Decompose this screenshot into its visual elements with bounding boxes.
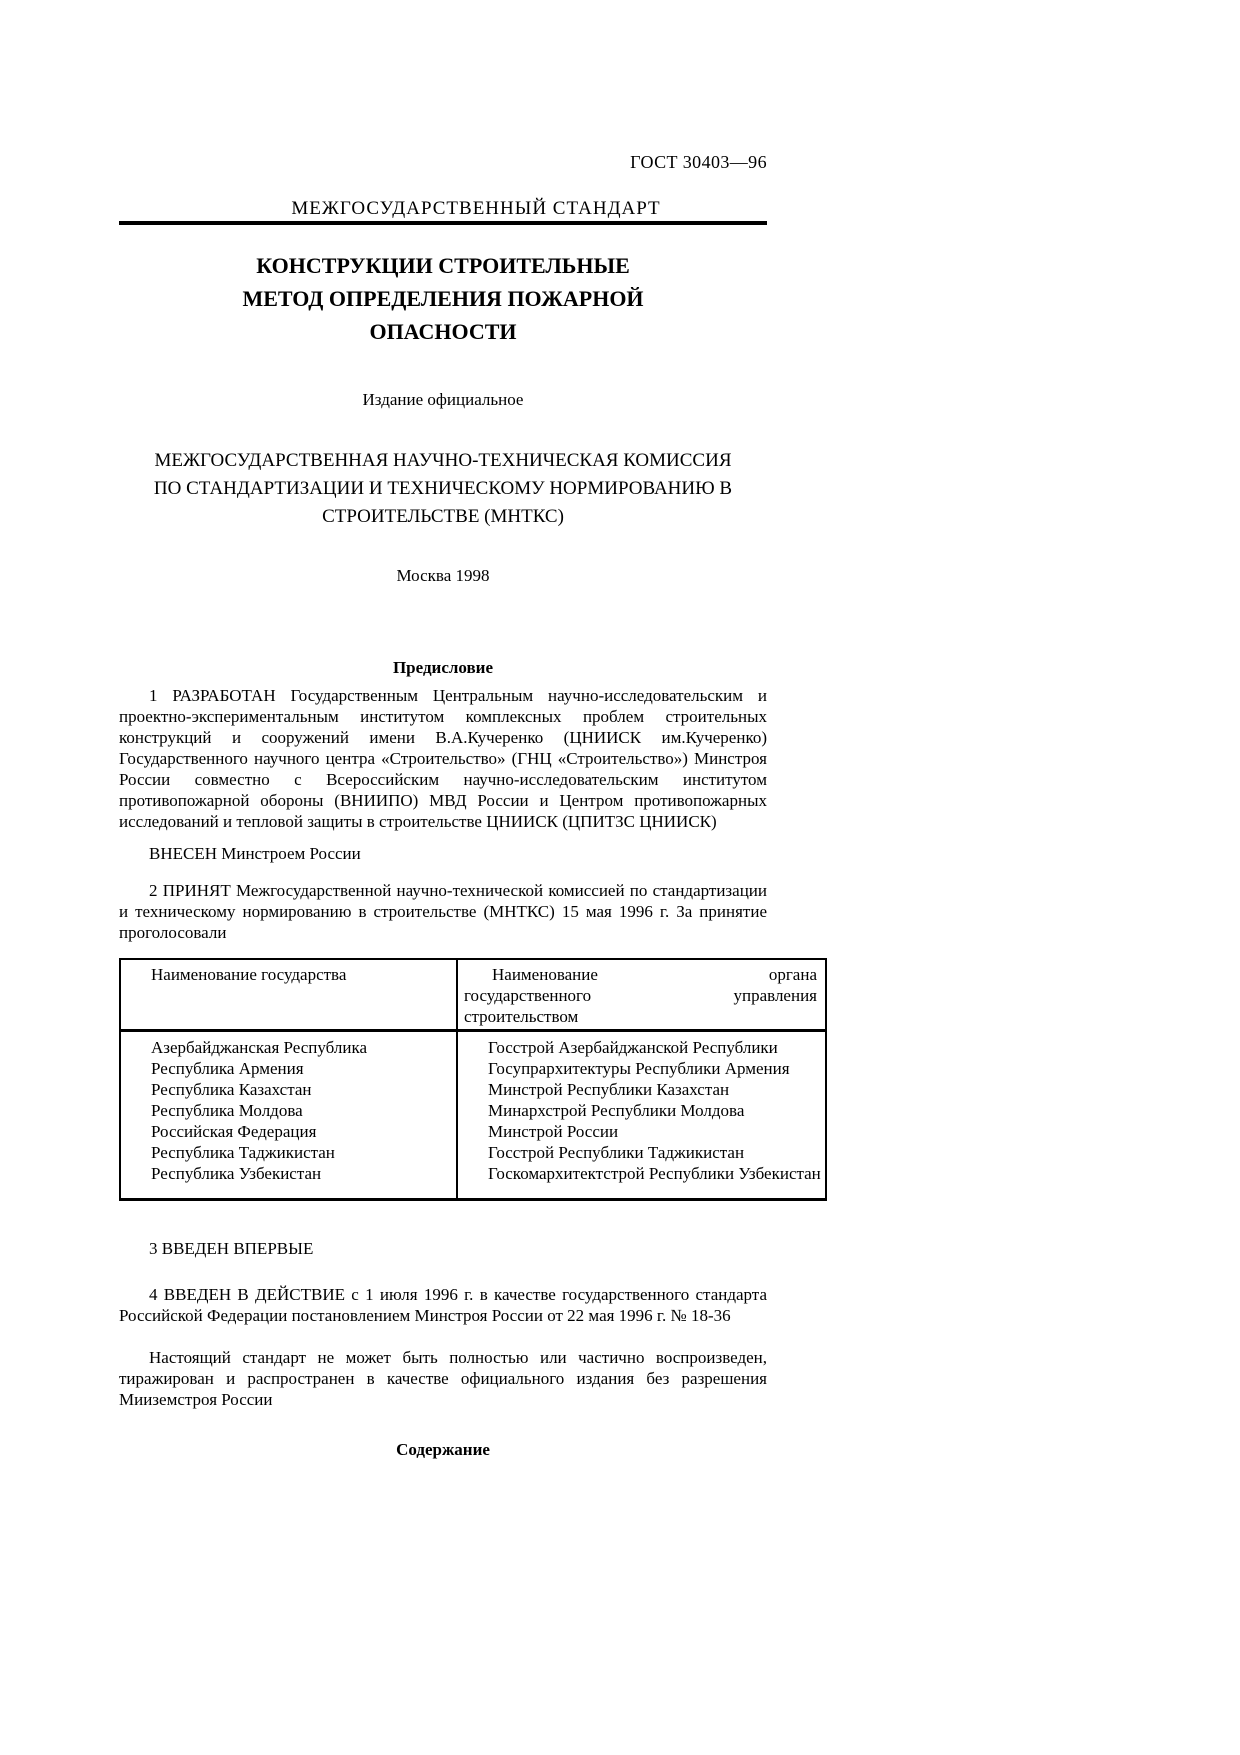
doc-number: ГОСТ 30403—96	[119, 0, 767, 173]
paragraph-developed: 1 РАЗРАБОТАН Государственным Центральным…	[119, 685, 767, 832]
paragraph-effective-date: 4 ВВЕДЕН В ДЕЙСТВИЕ с 1 июля 1996 г. в к…	[119, 1284, 767, 1326]
table-header-row: Наименование государства Наименование ор…	[120, 959, 826, 1031]
table-header-state: Наименование государства	[120, 959, 457, 1031]
agency-cell: Госстрой Азербайджанской Республики	[457, 1031, 826, 1059]
agency-cell: Минстрой России	[457, 1121, 826, 1142]
paragraph-adopted: 2 ПРИНЯТ Межгосударственной научно-техни…	[119, 880, 767, 943]
paragraph-copyright: Настоящий стандарт не может быть полност…	[119, 1347, 767, 1410]
committee-line-1: МЕЖГОСУДАРСТВЕННАЯ НАУЧНО-ТЕХНИЧЕСКАЯ КО…	[119, 447, 767, 475]
state-cell: Республика Узбекистан	[120, 1163, 457, 1200]
table-row: Азербайджанская Республика Госстрой Азер…	[120, 1031, 826, 1059]
city-year: Москва 1998	[119, 565, 767, 586]
document-page: ГОСТ 30403—96 МЕЖГОСУДАРСТВЕННЫЙ СТАНДАР…	[0, 0, 1240, 1755]
doc-title-line-2: МЕТОД ОПРЕДЕЛЕНИЯ ПОЖАРНОЙ	[119, 282, 767, 315]
table-row: Республика Таджикистан Госстрой Республи…	[120, 1142, 826, 1163]
votes-table: Наименование государства Наименование ор…	[119, 958, 827, 1201]
contents-heading: Содержание	[119, 1439, 767, 1460]
header-agency-line-3: строительством	[464, 1006, 817, 1027]
table-row: Республика Казахстан Минстрой Республики…	[120, 1079, 826, 1100]
committee-name: МЕЖГОСУДАРСТВЕННАЯ НАУЧНО-ТЕХНИЧЕСКАЯ КО…	[119, 447, 767, 531]
foreword-heading: Предисловие	[119, 657, 767, 678]
state-cell: Российская Федерация	[120, 1121, 457, 1142]
table-row: Республика Армения Госупрархитектуры Рес…	[120, 1058, 826, 1079]
state-cell: Республика Казахстан	[120, 1079, 457, 1100]
state-cell: Азербайджанская Республика	[120, 1031, 457, 1059]
separator-rule	[119, 221, 767, 225]
table-row: Российская Федерация Минстрой России	[120, 1121, 826, 1142]
table-row: Республика Узбекистан Госкомархитектстро…	[120, 1163, 826, 1200]
agency-cell: Госкомархитектстрой Республики Узбекиста…	[457, 1163, 826, 1200]
agency-cell: Минархстрой Республики Молдова	[457, 1100, 826, 1121]
edition-note: Издание официальное	[119, 389, 767, 410]
paragraph-submitted: ВНЕСЕН Минстроем России	[119, 843, 767, 864]
table-row: Республика Молдова Минархстрой Республик…	[120, 1100, 826, 1121]
committee-line-2: ПО СТАНДАРТИЗАЦИИ И ТЕХНИЧЕСКОМУ НОРМИРО…	[119, 475, 767, 503]
agency-cell: Госупрархитектуры Республики Армения	[457, 1058, 826, 1079]
state-cell: Республика Таджикистан	[120, 1142, 457, 1163]
doc-title-line-1: КОНСТРУКЦИИ СТРОИТЕЛЬНЫЕ	[119, 249, 767, 282]
agency-cell: Минстрой Республики Казахстан	[457, 1079, 826, 1100]
header-agency-line-1: Наименование органа	[464, 964, 817, 985]
committee-line-3: СТРОИТЕЛЬСТВЕ (МНТКС)	[119, 503, 767, 531]
doc-title-line-3: ОПАСНОСТИ	[119, 315, 767, 348]
doc-title: КОНСТРУКЦИИ СТРОИТЕЛЬНЫЕ МЕТОД ОПРЕДЕЛЕН…	[119, 249, 767, 348]
header-agency-line-2: государственного управления	[464, 985, 817, 1006]
table-header-agency: Наименование органа государственного упр…	[457, 959, 826, 1031]
agency-cell: Госстрой Республики Таджикистан	[457, 1142, 826, 1163]
paragraph-first-introduced: 3 ВВЕДЕН ВПЕРВЫЕ	[119, 1238, 767, 1259]
state-cell: Республика Армения	[120, 1058, 457, 1079]
state-cell: Республика Молдова	[120, 1100, 457, 1121]
standard-type-label: МЕЖГОСУДАРСТВЕННЫЙ СТАНДАРТ	[152, 198, 800, 220]
